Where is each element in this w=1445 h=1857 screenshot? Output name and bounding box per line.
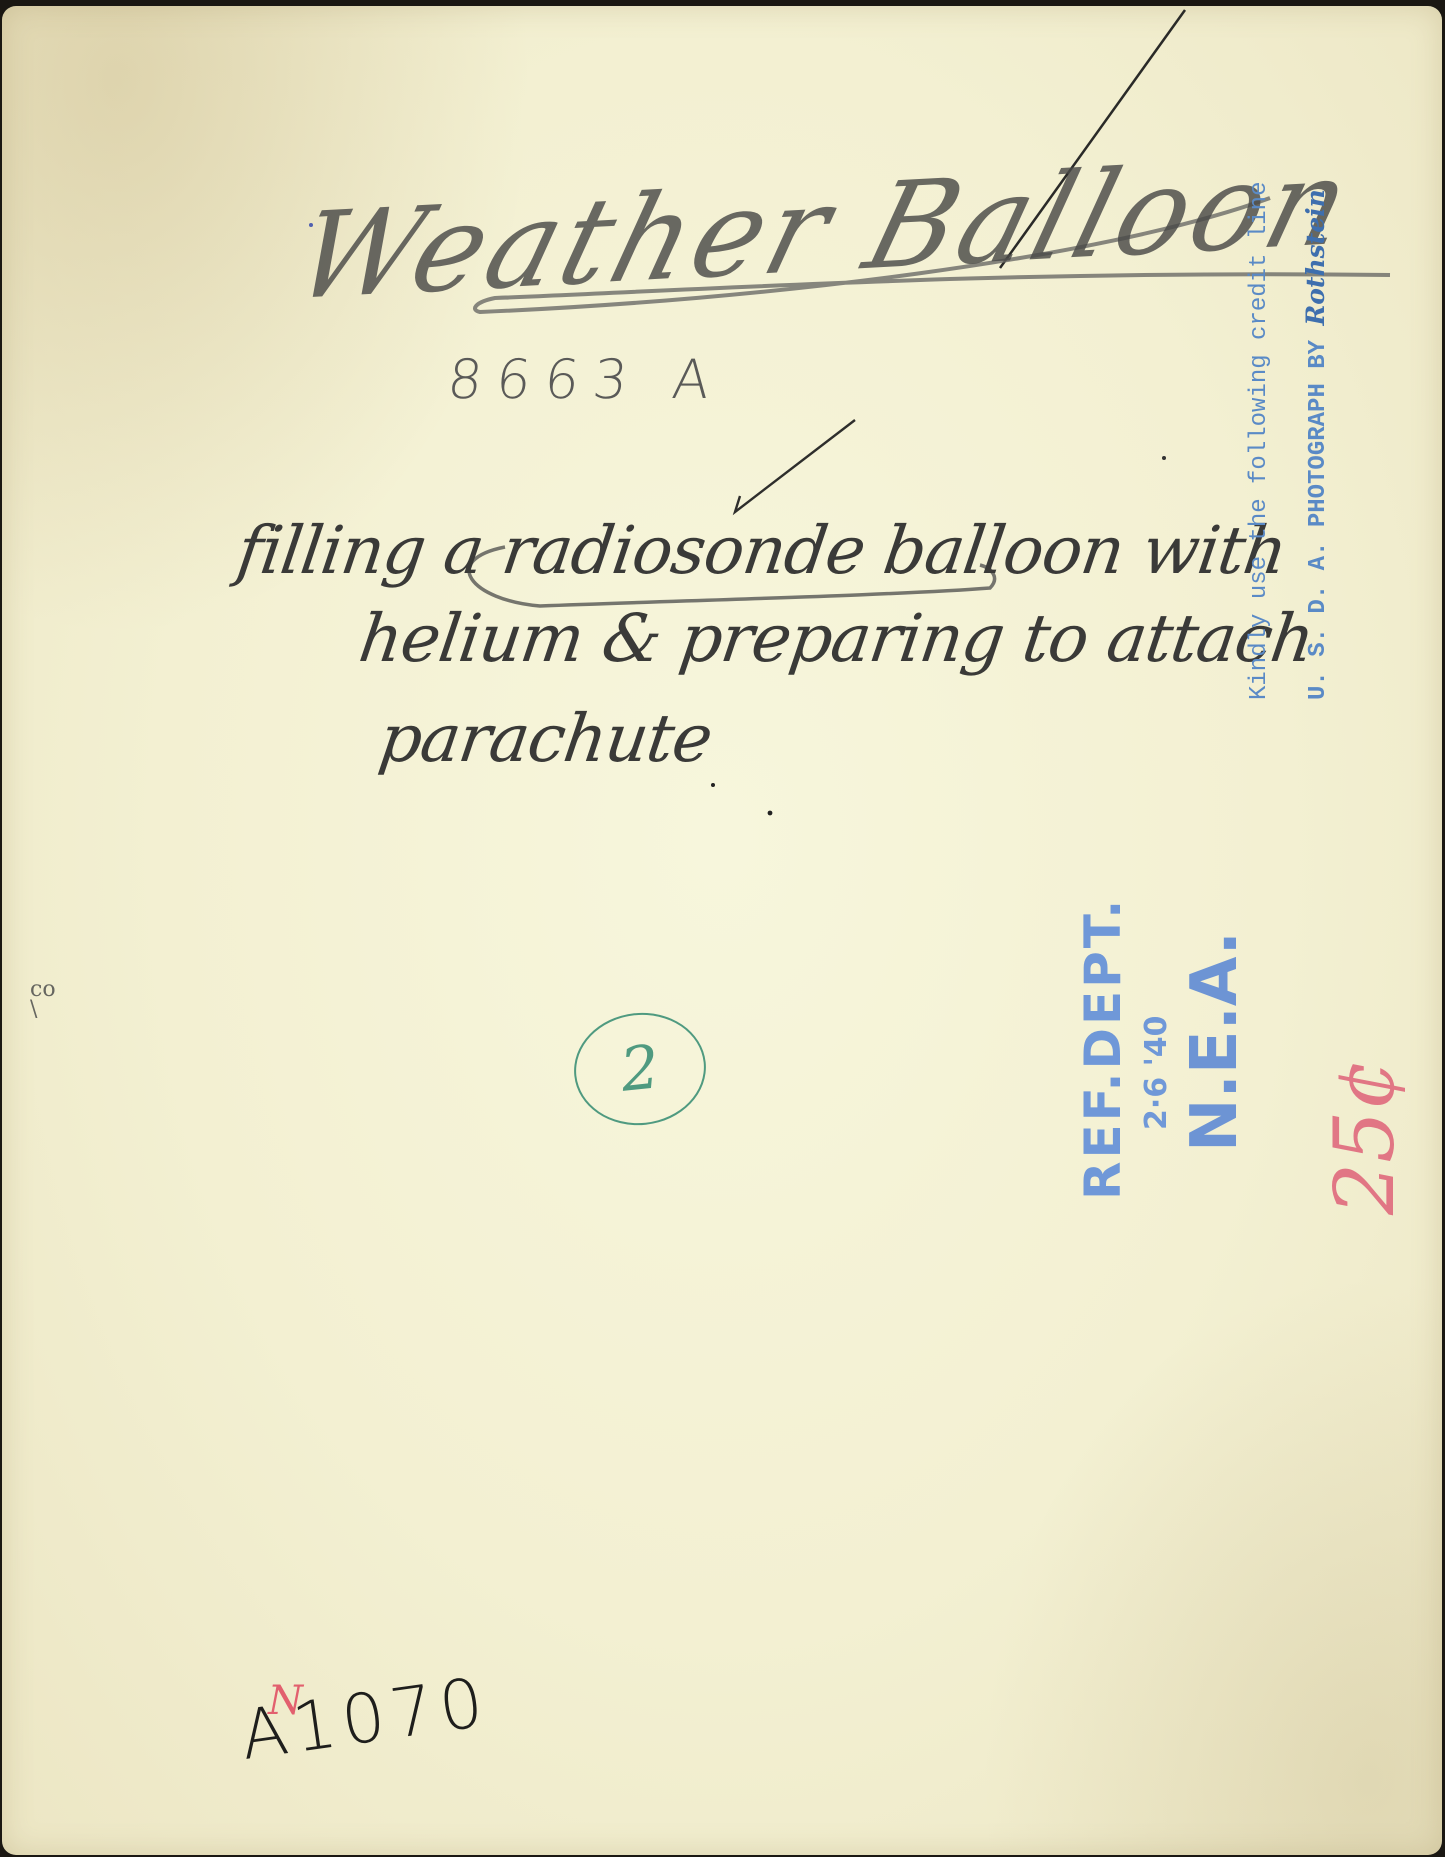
margin-mark-line-2: \	[30, 1000, 56, 1020]
ref-stamp-organization: N.E.A.	[1180, 897, 1250, 1200]
caption-line-1: filling a radiosonde balloon with	[233, 512, 1292, 589]
ref-dept-label: REF.DEPT.	[1072, 897, 1134, 1200]
photographer-name: Rothstein	[1301, 189, 1330, 325]
caption-line-3: parachute	[375, 700, 717, 777]
credit-line-attribution: U. S. D. A. PHOTOGRAPH BY Rothstein	[1288, 182, 1347, 700]
caption-line-2: helium & preparing to attach	[355, 600, 1319, 677]
margin-mark: co \	[30, 980, 56, 1020]
credit-agency: U. S. D. A. PHOTOGRAPH BY	[1305, 340, 1332, 700]
ref-stamp-date: 2·6 '40	[1134, 897, 1180, 1200]
credit-line-instruction: Kindly use the following credit line	[1232, 182, 1288, 700]
credit-line-stamp: Kindly use the following credit line U. …	[1232, 182, 1347, 700]
archive-number-correction: N	[268, 1678, 303, 1724]
circled-number-value: 2	[617, 1032, 662, 1106]
price-note: 25¢	[1318, 1058, 1413, 1215]
reference-department-stamp: REF.DEPT. 2·6 '40 N.E.A.	[1072, 897, 1250, 1200]
reference-number: 8663 A	[445, 348, 727, 411]
